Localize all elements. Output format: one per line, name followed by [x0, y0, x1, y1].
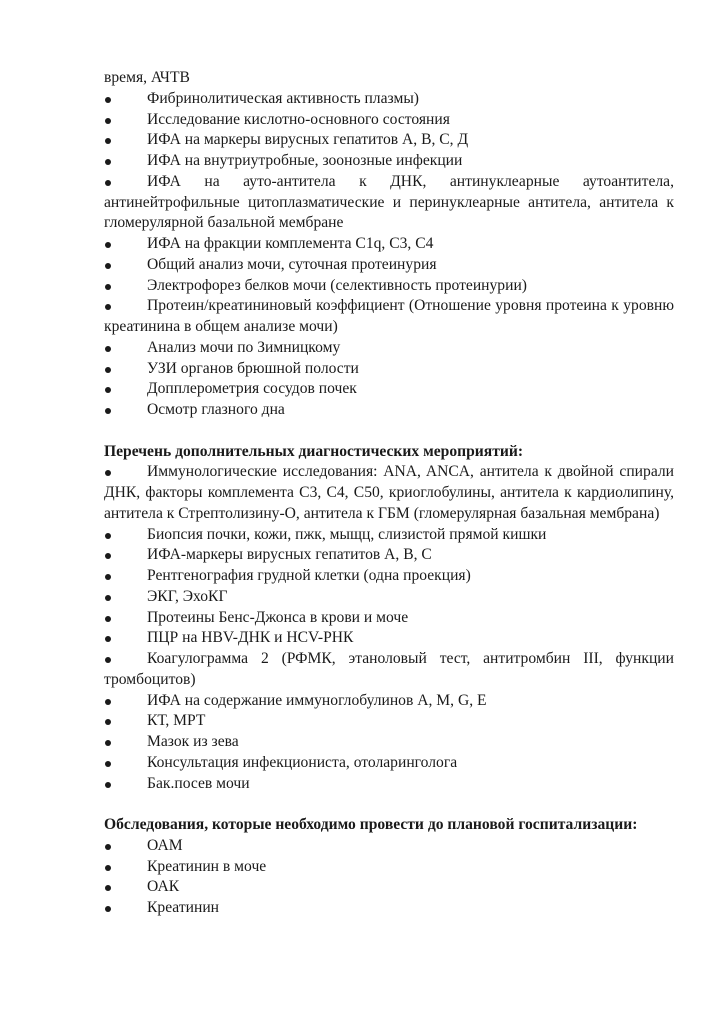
- list-item: Рентгенография грудной клетки (одна прое…: [104, 566, 674, 587]
- list-item: ИФА на содержание иммуноглобулинов A, M,…: [104, 691, 674, 712]
- list-item: Бак.посев мочи: [104, 774, 674, 795]
- list-item: Исследование кислотно-основного состояни…: [104, 110, 674, 131]
- list-item: Общий анализ мочи, суточная протеинурия: [104, 255, 674, 276]
- list-item-text: ИФА на внутриутробные, зоонозные инфекци…: [147, 152, 462, 169]
- list-item-text: Креатинин в моче: [147, 858, 266, 875]
- pre-hospital-list: ОАМКреатинин в мочеОАККреатинин: [104, 836, 674, 919]
- list-item-text: Креатинин: [147, 899, 219, 916]
- list-item: Иммунологические исследования: ANA, ANCA…: [104, 462, 674, 524]
- section-spacer: [104, 794, 674, 815]
- list-item: Биопсия почки, кожи, пжк, мыщц, слизисто…: [104, 525, 674, 546]
- list-item-text: ЭКГ, ЭхоКГ: [147, 588, 227, 605]
- list-item-text: Протеин/креатининовый коэффициент (Отнош…: [104, 297, 674, 335]
- list-item-text: Коагулограмма 2 (РФМК, этаноловый тест, …: [104, 650, 674, 688]
- list-item: ИФА на ауто-антитела к ДНК, антинуклеарн…: [104, 172, 674, 234]
- list-item: Мазок из зева: [104, 732, 674, 753]
- list-item: ОАМ: [104, 836, 674, 857]
- list-item: ИФА на внутриутробные, зоонозные инфекци…: [104, 151, 674, 172]
- additional-diagnostics-heading: Перечень дополнительных диагностических …: [104, 442, 674, 463]
- pre-hospital-heading: Обследования, которые необходимо провест…: [104, 815, 674, 836]
- list-item-text: КТ, МРТ: [147, 712, 205, 729]
- list-item-text: ОАК: [147, 878, 179, 895]
- additional-diagnostics-list: Иммунологические исследования: ANA, ANCA…: [104, 462, 674, 794]
- list-item: Анализ мочи по Зимницкому: [104, 338, 674, 359]
- list-item: Протеин/креатининовый коэффициент (Отнош…: [104, 296, 674, 338]
- list-item-text: Биопсия почки, кожи, пжк, мыщц, слизисто…: [147, 526, 546, 543]
- document-page: время, АЧТВ Фибринолитическая активность…: [104, 68, 674, 919]
- list-item: Допплерометрия сосудов почек: [104, 379, 674, 400]
- list-item: ИФА на маркеры вирусных гепатитов А, В, …: [104, 130, 674, 151]
- list-item-text: Иммунологические исследования: ANA, ANCA…: [104, 463, 674, 522]
- list-item-text: Электрофорез белков мочи (селективность …: [147, 277, 527, 294]
- list-item-text: Допплерометрия сосудов почек: [147, 380, 357, 397]
- list-item-text: ИФА на ауто-антитела к ДНК, антинуклеарн…: [104, 173, 674, 232]
- list-item: Коагулограмма 2 (РФМК, этаноловый тест, …: [104, 649, 674, 691]
- list-item-text: Общий анализ мочи, суточная протеинурия: [147, 256, 437, 273]
- list-item: ИФА-маркеры вирусных гепатитов А, В, С: [104, 545, 674, 566]
- list-item-text: Консультация инфекциониста, отоларинголо…: [147, 754, 457, 771]
- list-item-text: Мазок из зева: [147, 733, 239, 750]
- list-item: КТ, МРТ: [104, 711, 674, 732]
- list-item-text: ИФА на фракции комплемента C1q, C3, C4: [147, 235, 433, 252]
- list-item: Креатинин: [104, 898, 674, 919]
- list-item-text: Осмотр глазного дна: [147, 401, 285, 418]
- list-item-text: Бак.посев мочи: [147, 775, 250, 792]
- continuation-line: время, АЧТВ: [104, 68, 674, 89]
- list-item: Протеины Бенс-Джонса в крови и моче: [104, 608, 674, 629]
- list-item: Фибринолитическая активность плазмы): [104, 89, 674, 110]
- list-item-text: УЗИ органов брюшной полости: [147, 360, 359, 377]
- list-item-text: Исследование кислотно-основного состояни…: [147, 111, 450, 128]
- list-item: Осмотр глазного дна: [104, 400, 674, 421]
- list-item-text: ОАМ: [147, 837, 183, 854]
- list-item: ЭКГ, ЭхоКГ: [104, 587, 674, 608]
- list-item: ИФА на фракции комплемента C1q, C3, C4: [104, 234, 674, 255]
- list-item-text: ИФА на содержание иммуноглобулинов A, M,…: [147, 692, 487, 709]
- list-item-text: ПЦР на HBV-ДНК и HCV-РНК: [147, 629, 353, 646]
- list-item: Креатинин в моче: [104, 857, 674, 878]
- list-item-text: ИФА-маркеры вирусных гепатитов А, В, С: [147, 546, 432, 563]
- list-item-text: Анализ мочи по Зимницкому: [147, 339, 340, 356]
- section-spacer: [104, 421, 674, 442]
- list-item: Консультация инфекциониста, отоларинголо…: [104, 753, 674, 774]
- list-item-text: ИФА на маркеры вирусных гепатитов А, В, …: [147, 131, 468, 148]
- main-exam-list: Фибринолитическая активность плазмы)Иссл…: [104, 89, 674, 421]
- list-item-text: Фибринолитическая активность плазмы): [147, 90, 419, 107]
- list-item: ПЦР на HBV-ДНК и HCV-РНК: [104, 628, 674, 649]
- list-item-text: Рентгенография грудной клетки (одна прое…: [147, 567, 471, 584]
- list-item: УЗИ органов брюшной полости: [104, 359, 674, 380]
- list-item: ОАК: [104, 877, 674, 898]
- list-item-text: Протеины Бенс-Джонса в крови и моче: [147, 609, 408, 626]
- list-item: Электрофорез белков мочи (селективность …: [104, 276, 674, 297]
